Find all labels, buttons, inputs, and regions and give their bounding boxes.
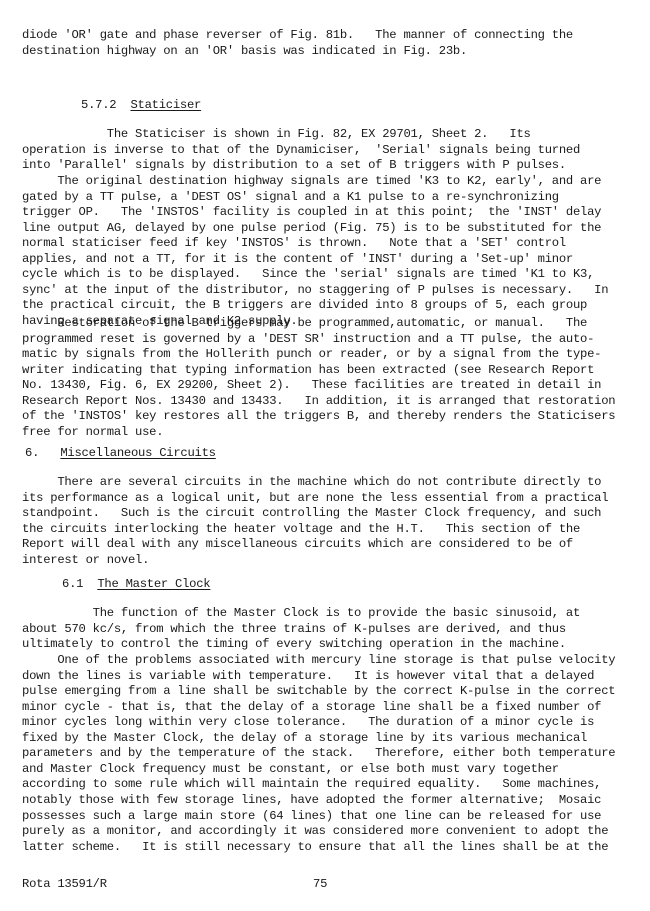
text-line: latter scheme. It is still necessary to … xyxy=(22,840,608,855)
text-line: operation is inverse to that of the Dyna… xyxy=(22,143,580,158)
text-line: trigger OP. The 'INSTOS' facility is cou… xyxy=(22,205,601,220)
text-line: standpoint. Such is the circuit controll… xyxy=(22,506,601,521)
text-line: The Staticiser is shown in Fig. 82, EX 2… xyxy=(22,127,531,142)
text-line: The original destination highway signals… xyxy=(22,174,601,189)
text-line: cycle which is to be displayed. Since th… xyxy=(22,267,594,282)
text-line: Restoration of the B triggers may be pro… xyxy=(22,316,587,331)
text-line: according to some rule which will mainta… xyxy=(22,777,601,792)
text-line: interest or novel. xyxy=(22,553,149,568)
text-line: The function of the Master Clock is to p… xyxy=(22,606,580,621)
text-line: into 'Parallel' signals by distribution … xyxy=(22,158,566,173)
text-line: notably those with few storage lines, ha… xyxy=(22,793,601,808)
section-title: The Master Clock xyxy=(97,577,210,591)
text-line: pulse emerging from a line shall be swit… xyxy=(22,684,615,699)
text-line: No. 13430, Fig. 6, EX 29200, Sheet 2). T… xyxy=(22,378,601,393)
text-line: minor cycle - that is, that the delay of… xyxy=(22,700,601,715)
text-line: Research Report Nos. 13430 and 13433. In… xyxy=(22,394,615,409)
page-number: 75 xyxy=(313,877,327,892)
text-line: of the 'INSTOS' key restores all the tri… xyxy=(22,409,615,424)
section-number: 5.7.2 xyxy=(81,98,116,112)
text-line: line output AG, delayed by one pulse per… xyxy=(22,221,601,236)
text-line: There are several circuits in the machin… xyxy=(22,475,601,490)
text-line: ultimately to control the timing of ever… xyxy=(22,637,566,652)
text-line: Report will deal with any miscellaneous … xyxy=(22,537,573,552)
text-line: One of the problems associated with merc… xyxy=(22,653,615,668)
text-line: matic by signals from the Hollerith punc… xyxy=(22,347,601,362)
text-line: free for normal use. xyxy=(22,425,163,440)
section-heading-5-7-2: 5.7.2 Staticiser xyxy=(81,98,201,113)
text-line: parameters and by the temperature of the… xyxy=(22,746,615,761)
section-heading-6-1: 6.1 The Master Clock xyxy=(62,577,210,592)
text-line: minor cycles long within very close tole… xyxy=(22,715,594,730)
text-line: applies, and not a TT, for it is the con… xyxy=(22,252,573,267)
text-line: writer indicating that typing informatio… xyxy=(22,363,594,378)
text-line: down the lines is variable with temperat… xyxy=(22,669,594,684)
section-title: Staticiser xyxy=(130,98,201,112)
text-line: destination highway on an 'OR' basis was… xyxy=(22,44,467,59)
document-page: diode 'OR' gate and phase reverser of Fi… xyxy=(0,0,650,911)
text-line: gated by a TT pulse, a 'DEST OS' signal … xyxy=(22,190,559,205)
section-number: 6.1 xyxy=(62,577,83,591)
text-line: the circuits interlocking the heater vol… xyxy=(22,522,580,537)
text-line: diode 'OR' gate and phase reverser of Fi… xyxy=(22,28,573,43)
section-heading-6: 6. Miscellaneous Circuits xyxy=(25,446,216,461)
text-line: fixed by the Master Clock, the delay of … xyxy=(22,731,587,746)
section-title: Miscellaneous Circuits xyxy=(60,446,215,460)
text-line: sync' at the input of the distributor, n… xyxy=(22,283,608,298)
text-line: about 570 kc/s, from which the three tra… xyxy=(22,622,566,637)
text-line: its performance as a logical unit, but a… xyxy=(22,491,608,506)
section-number: 6. xyxy=(25,446,39,460)
text-line: programmed reset is governed by a 'DEST … xyxy=(22,332,594,347)
text-line: normal staticiser feed if key 'INSTOS' i… xyxy=(22,236,566,251)
text-line: purely as a monitor, and accordingly it … xyxy=(22,824,608,839)
text-line: and Master Clock frequency must be const… xyxy=(22,762,559,777)
text-line: possesses such a large main store (64 li… xyxy=(22,809,601,824)
text-line: the practical circuit, the B triggers ar… xyxy=(22,298,587,313)
footer-reference: Rota 13591/R xyxy=(22,877,107,892)
